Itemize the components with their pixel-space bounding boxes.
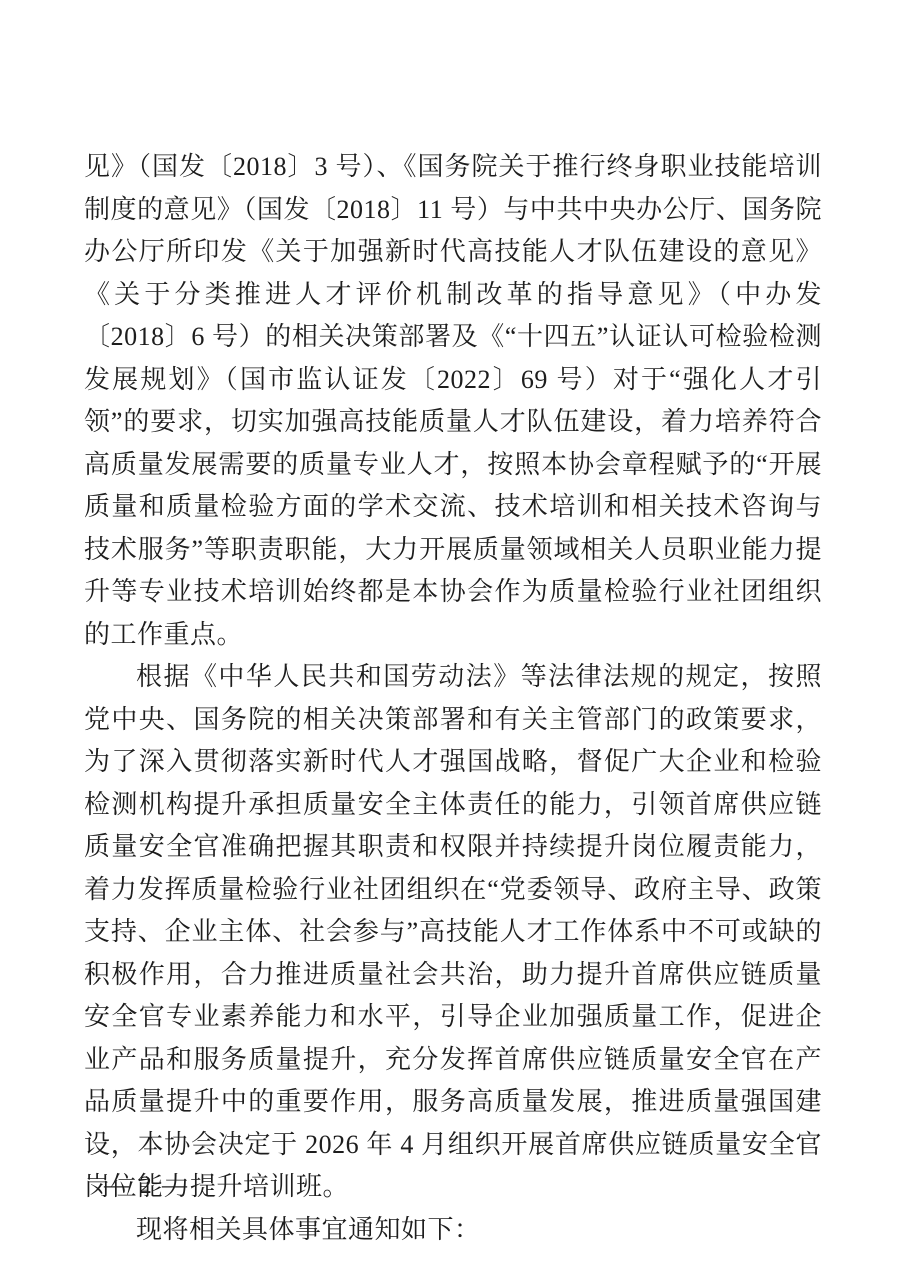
- document-page: 见》（国发〔2018〕3 号）、《国务院关于推行终身职业技能培训制度的意见》（国…: [0, 0, 900, 1273]
- paragraph-training-decision: 根据《中华人民共和国劳动法》等法律法规的规定，按照党中央、国务院的相关决策部署和…: [84, 656, 822, 1209]
- paragraph-policy-basis-continuation: 见》（国发〔2018〕3 号）、《国务院关于推行终身职业技能培训制度的意见》（国…: [84, 146, 822, 656]
- paragraph-notice-intro: 现将相关具体事宜通知如下：: [84, 1209, 822, 1252]
- page-number: — 2 —: [104, 1172, 189, 1200]
- document-body: 见》（国发〔2018〕3 号）、《国务院关于推行终身职业技能培训制度的意见》（国…: [84, 146, 822, 1251]
